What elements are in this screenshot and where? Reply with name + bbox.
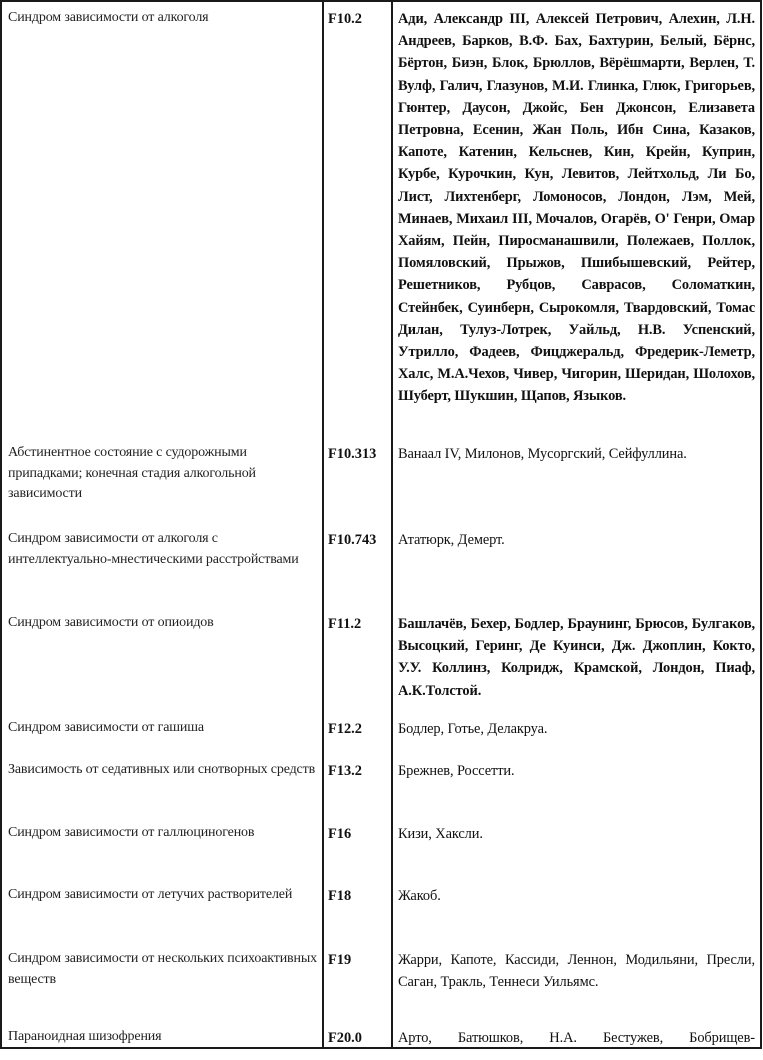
names-cell: Бодлер, Готье, Делакруа.	[398, 718, 755, 740]
table-border-left	[0, 0, 2, 1048]
names-cell: Ади, Александр III, Алексей Петрович, Ал…	[398, 8, 755, 408]
diagnosis-cell: Абстинентное состояние с судорожными при…	[8, 443, 320, 505]
table-border-right	[760, 0, 762, 1048]
names-cell: Брежнев, Россетти.	[398, 760, 755, 782]
diagnosis-cell: Синдром зависимости от нескольких психоа…	[8, 949, 320, 990]
names-cell: Ванаал IV, Милонов, Мусоргский, Сейфулли…	[398, 443, 755, 465]
icd-code-cell: F11.2	[328, 613, 390, 635]
diagnosis-cell: Синдром зависимости от алкоголя	[8, 8, 320, 29]
icd-code-cell: F16	[328, 823, 390, 845]
names-cell: Жарри, Капоте, Кассиди, Леннон, Модильян…	[398, 949, 755, 993]
icd-code-cell: F18	[328, 885, 390, 907]
document-page: Синдром зависимости от алкоголя F10.2 Ад…	[0, 0, 763, 1060]
names-cell: Арто, Батюшков, Н.А. Бестужев, Бобрищев-	[398, 1027, 755, 1049]
icd-code-cell: F20.0	[328, 1027, 390, 1049]
names-cell: Башлачёв, Бехер, Бодлер, Браунинг, Брюсо…	[398, 613, 755, 702]
column-divider-1	[322, 0, 324, 1048]
diagnosis-cell: Синдром зависимости от алкоголя с интелл…	[8, 529, 320, 570]
diagnosis-cell: Синдром зависимости от летучих растворит…	[8, 885, 320, 906]
icd-code-cell: F13.2	[328, 760, 390, 782]
icd-code-cell: F10.743	[328, 529, 390, 551]
icd-code-cell: F10.2	[328, 8, 390, 30]
diagnosis-cell: Зависимость от седативных или снотворных…	[8, 760, 320, 781]
diagnosis-cell: Параноидная шизофрения	[8, 1027, 320, 1048]
names-cell: Ататюрк, Демерт.	[398, 529, 755, 551]
diagnosis-cell: Синдром зависимости от гашиша	[8, 718, 320, 739]
names-cell: Жакоб.	[398, 885, 755, 907]
column-divider-2	[391, 0, 393, 1048]
diagnosis-cell: Синдром зависимости от галлюциногенов	[8, 823, 320, 844]
names-cell: Кизи, Хаксли.	[398, 823, 755, 845]
diagnosis-cell: Синдром зависимости от опиоидов	[8, 613, 320, 634]
table-border-top	[0, 0, 762, 2]
icd-code-cell: F10.313	[328, 443, 390, 465]
icd-code-cell: F19	[328, 949, 390, 971]
icd-code-cell: F12.2	[328, 718, 390, 740]
